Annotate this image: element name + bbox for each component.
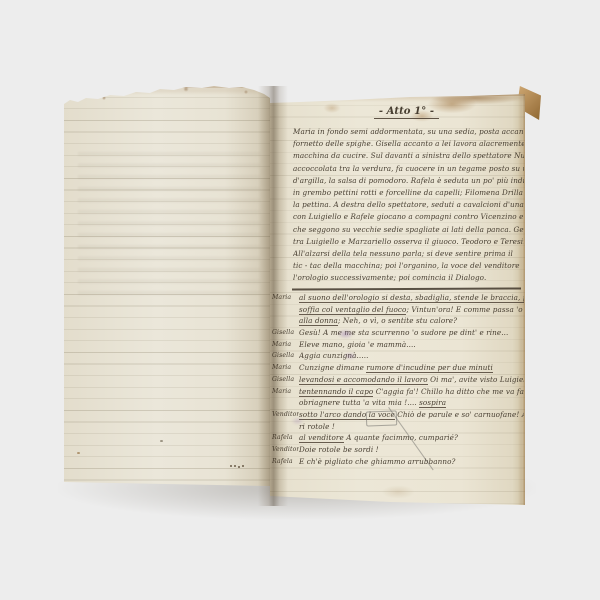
- dialogue-row: Gisella Gesù! A me me sta scurrenno 'o s…: [270, 327, 524, 339]
- dialogue-row: Maria tentennando il capo C'aggia fa'! C…: [270, 386, 524, 398]
- manuscript-photo: - Atto 1° - Maria in fondo semi addormen…: [0, 0, 600, 600]
- stage-direction-line: la pettina. A destra dello spettatore, s…: [293, 199, 524, 211]
- right-manuscript-page: - Atto 1° - Maria in fondo semi addormen…: [270, 94, 525, 505]
- stage-direction-line: con Luigiello e Rafele giocano a compagn…: [293, 211, 524, 223]
- dialogue-row: Rafela E ch'è pigliato che ghiammo arrub…: [270, 456, 524, 468]
- stage-directions-block: Maria in fondo semi addormentata, su una…: [293, 126, 524, 285]
- dialogue-line: Doie rotole be sordi !: [299, 444, 524, 456]
- dialogue-row: Gisella Aggia cunzignà.....: [270, 350, 524, 362]
- speaker-name: Maria: [270, 292, 299, 304]
- pencil-box-annotation: [366, 410, 398, 426]
- speaker-name: Gisella: [270, 327, 299, 339]
- act-title: - Atto 1° -: [270, 99, 525, 119]
- dialogue-row: Venditore Doie rotole be sordi !: [270, 444, 524, 456]
- dialogue-line: al suono dell'orologio si desta, sbadigl…: [299, 292, 524, 304]
- speaker-name: Maria: [270, 362, 299, 374]
- stage-direction-line: accoccolata tra la verdura, fa cuocere i…: [293, 163, 524, 175]
- paper-speck: [77, 452, 80, 454]
- dialogue-line: E ch'è pigliato che ghiammo arrubbanno?: [299, 456, 524, 468]
- speaker-name: Rafela: [270, 456, 299, 468]
- stage-direction-line: tra Luigiello e Marzariello osserva il g…: [293, 236, 524, 248]
- dialogue-row: Maria Eleve mano, gioia 'e mammà....: [270, 339, 524, 351]
- purple-ink-smudge: [291, 417, 304, 425]
- dialogue-row: Rafela al venditore A quante facimmo, cu…: [270, 432, 524, 444]
- speaker-name: Maria: [270, 339, 299, 351]
- stage-direction-line: l'orologio successivamente; poi comincia…: [293, 272, 524, 284]
- section-divider-line: [292, 288, 521, 291]
- dialogue-line: Aggia cunzignà.....: [299, 350, 524, 362]
- purple-ink-smudge: [337, 329, 354, 339]
- purple-ink-smudge: [343, 352, 357, 360]
- dialogue-row: Gisella levandosi e accomodando il lavor…: [270, 374, 524, 386]
- stage-direction-line: in grembo pettini rotti e forcelline da …: [293, 187, 524, 199]
- dialogue-line: ri rotole !: [299, 421, 524, 433]
- stage-direction-line: macchina da cucire. Sul davanti a sinist…: [293, 150, 524, 162]
- dialogue-line: Cunzigne dimane rumore d'incudine per du…: [299, 362, 524, 374]
- dialogue-line: Eleve mano, gioia 'e mammà....: [299, 339, 524, 351]
- stage-direction-line: fornetto delle spighe. Gisella accanto a…: [293, 138, 524, 150]
- dialogue-line: alla donna; Neh, o vì, o sentite stu cal…: [299, 315, 524, 327]
- paper-speck: [160, 440, 163, 442]
- dialogue-row: alla donna; Neh, o vì, o sentite stu cal…: [270, 315, 524, 327]
- dialogue-row: soffia col ventaglio del fuoco; Vintun'o…: [270, 304, 524, 316]
- dots-mark: [230, 465, 232, 467]
- stage-direction-line: d'argilla, la salsa di pomodoro. Rafela …: [293, 175, 524, 187]
- dialogue-row: obriagnere tutta 'a vita mia !.... sospi…: [270, 397, 524, 409]
- dialogue-block: Maria al suono dell'orologio si desta, s…: [270, 292, 524, 467]
- speaker-name: Venditore: [270, 444, 299, 456]
- dialogue-row: Maria al suono dell'orologio si desta, s…: [270, 292, 524, 304]
- dialogue-line: tentennando il capo C'aggia fa'! Chillo …: [299, 386, 524, 398]
- stage-direction-line: tic - tac della macchina; poi l'organino…: [293, 260, 524, 272]
- speaker-name: Maria: [270, 386, 299, 398]
- dialogue-line: sotto l'arco dando la voce Chiò de parul…: [299, 409, 524, 421]
- stage-direction-line: che seggono su vecchie sedie spagliate a…: [293, 224, 524, 236]
- dialogue-line: levandosi e accomodando il lavoro Oi ma'…: [299, 374, 524, 386]
- left-blank-page: [64, 86, 270, 486]
- dialogue-line: soffia col ventaglio del fuoco; Vintun'o…: [299, 304, 524, 316]
- speaker-name: Gisella: [270, 350, 299, 362]
- speaker-name: Rafela: [270, 432, 299, 444]
- stage-direction-line: Maria in fondo semi addormentata, su una…: [293, 126, 524, 138]
- ink-bleedthrough: [78, 152, 260, 302]
- dialogue-line: Gesù! A me me sta scurrenno 'o sudore pe…: [299, 327, 524, 339]
- dialogue-row: Maria Cunzigne dimane rumore d'incudine …: [270, 362, 524, 374]
- stage-direction-line: All'alzarsi della tela nessuno parla; si…: [293, 248, 524, 260]
- dialogue-line: obriagnere tutta 'a vita mia !.... sospi…: [299, 397, 524, 409]
- speaker-name: Gisella: [270, 374, 299, 386]
